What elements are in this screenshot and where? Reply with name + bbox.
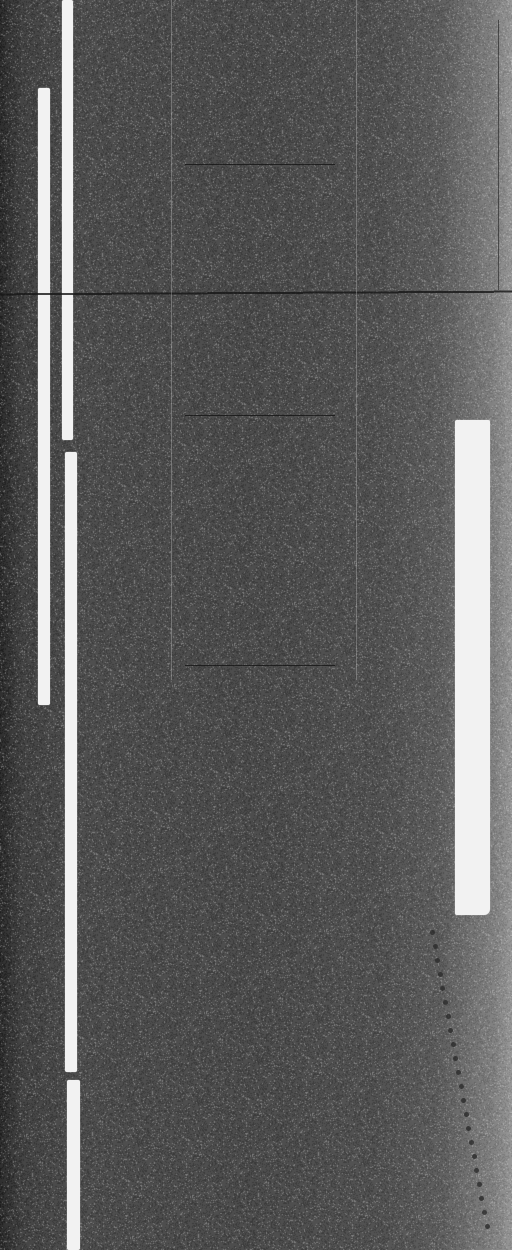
dark-spot xyxy=(433,944,438,949)
dark-spot xyxy=(443,1000,448,1005)
dark-spot xyxy=(482,1210,487,1215)
dark-spot xyxy=(451,1042,456,1047)
panel-edge-left xyxy=(171,0,172,680)
dark-spot xyxy=(459,1084,464,1089)
transverse-joint-mid xyxy=(185,415,335,416)
panel-edge-right xyxy=(356,0,357,680)
shoulder-crack xyxy=(498,20,499,290)
dark-spot xyxy=(464,1112,469,1117)
transverse-joint-lower xyxy=(185,665,335,666)
dark-spot xyxy=(446,1014,451,1019)
lane-dash-1 xyxy=(62,0,73,440)
transverse-joint-upper xyxy=(185,164,335,165)
dark-spot xyxy=(477,1182,482,1187)
lane-dash-3 xyxy=(67,1080,80,1250)
dark-spot xyxy=(472,1154,477,1159)
left-edge-line xyxy=(38,88,50,705)
dark-spot xyxy=(469,1140,474,1145)
dark-spot xyxy=(485,1224,490,1229)
road-surface-image xyxy=(0,0,512,1250)
dark-spot xyxy=(438,972,443,977)
right-lane-marking xyxy=(455,420,490,915)
dark-spot xyxy=(456,1070,461,1075)
lane-dash-2 xyxy=(65,452,77,1072)
dark-spot xyxy=(430,930,435,935)
